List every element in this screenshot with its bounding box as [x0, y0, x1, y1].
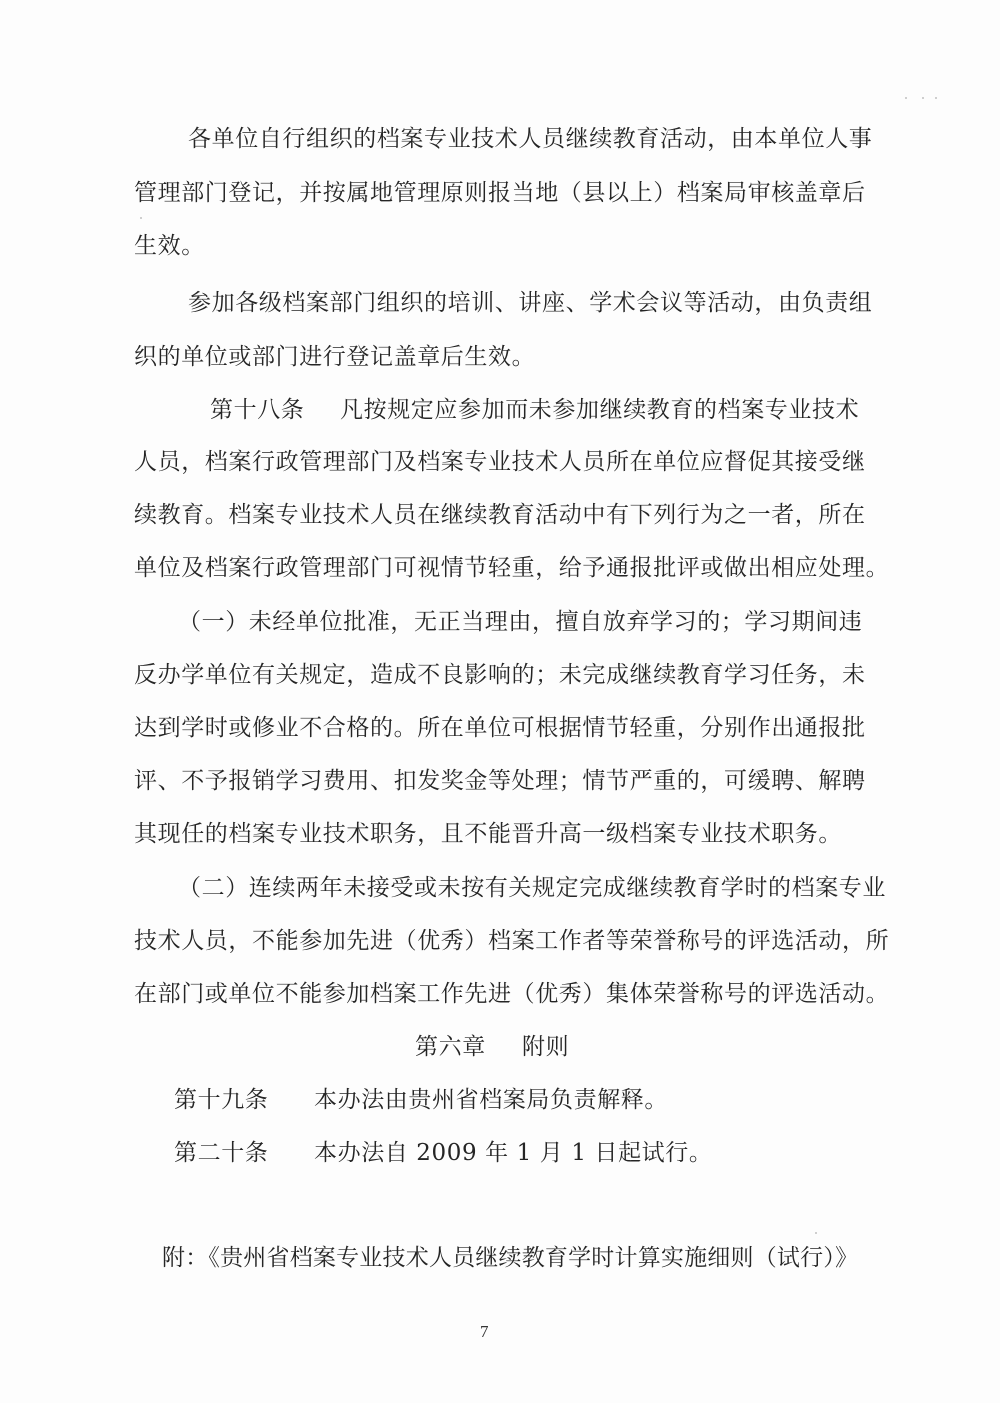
scan-speck	[935, 97, 937, 99]
article-19-label: 第十九条	[174, 1085, 268, 1115]
scan-speck	[922, 97, 924, 99]
paragraph-1-line-1: 各单位自行组织的档案专业技术人员继续教育活动，由本单位人事	[188, 124, 870, 154]
text: 管理部门登记，并按属地管理原则报当地（县以上）档案局审核盖章后	[134, 178, 870, 208]
paragraph-1-line-3: 生效。	[134, 231, 205, 261]
chapter-number: 第六章	[415, 1032, 486, 1062]
item-2-line-2: 技术人员，不能参加先进（优秀）档案工作者等荣誉称号的评选活动，所	[134, 926, 889, 956]
scan-speck	[905, 97, 907, 99]
article-18-line-3: 续教育。档案专业技术人员在继续教育活动中有下列行为之一者，所在	[134, 500, 866, 530]
item-1-line-4: 评、不予报销学习费用、扣发奖金等处理；情节严重的，可缓聘、解聘	[134, 766, 866, 796]
item-2-line-1: （二）连续两年未接受或未按有关规定完成继续教育学时的档案专业	[178, 873, 886, 903]
page-number: 7	[480, 1322, 489, 1342]
item-1-line-2: 反办学单位有关规定，造成不良影响的；未完成继续教育学习任务，未	[134, 660, 866, 690]
paragraph-1-line-2: 管理部门登记，并按属地管理原则报当地（县以上）档案局审核盖章后	[134, 178, 870, 208]
item-1-line-5: 其现任的档案专业技术职务，且不能晋升高一级档案专业技术职务。	[134, 819, 842, 849]
article-20-text: 本办法自 2009 年 1 月 1 日起试行。	[314, 1138, 712, 1168]
item-1-line-1: （一）未经单位批准，无正当理由，擅自放弃学习的；学习期间违	[178, 607, 862, 637]
document-page: 各单位自行组织的档案专业技术人员继续教育活动，由本单位人事 管理部门登记，并按属…	[0, 0, 1000, 1403]
paragraph-2-line-1: 参加各级档案部门组织的培训、讲座、学术会议等活动，由负责组	[188, 288, 872, 318]
article-18-line-2: 人员，档案行政管理部门及档案专业技术人员所在单位应督促其接受继	[134, 447, 866, 477]
article-18-line-1: 凡按规定应参加而未参加继续教育的档案专业技术	[340, 395, 859, 425]
item-1-line-3: 达到学时或修业不合格的。所在单位可根据情节轻重，分别作出通报批	[134, 713, 866, 743]
article-20-label: 第二十条	[174, 1138, 268, 1168]
text: 各单位自行组织的档案专业技术人员继续教育活动，由本单位人事	[188, 124, 870, 154]
attachment-reference: 附：《贵州省档案专业技术人员继续教育学时计算实施细则（试行）》	[162, 1243, 858, 1273]
paragraph-2-line-2: 织的单位或部门进行登记盖章后生效。	[134, 342, 535, 372]
article-19-text: 本办法由贵州省档案局负责解释。	[314, 1085, 668, 1115]
scan-speck	[815, 1232, 817, 1234]
item-2-line-3: 在部门或单位不能参加档案工作先进（优秀）集体荣誉称号的评选活动。	[134, 979, 889, 1009]
scan-speck	[140, 217, 142, 219]
article-18-line-4: 单位及档案行政管理部门可视情节轻重，给予通报批评或做出相应处理。	[134, 553, 889, 583]
chapter-title: 附则	[522, 1032, 569, 1062]
article-18-label: 第十八条	[210, 395, 304, 425]
